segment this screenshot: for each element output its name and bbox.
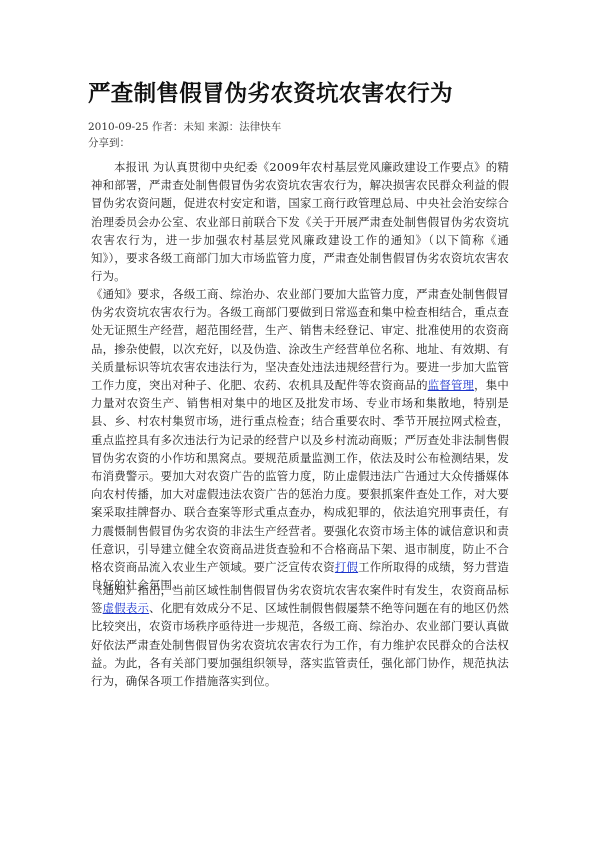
paragraph-2: 《通知》要求，各级工商、综治办、农业部门要加大监管力度，严肃查处制售假冒伪劣农资… xyxy=(91,285,509,594)
share-label[interactable]: 分享到： xyxy=(88,135,281,151)
paragraph-3: 《通知》指出，当前区域性制售假冒伪劣农资坑农害农案件时有发生，农资商品标签虚假表… xyxy=(91,581,509,690)
paragraph-3-text-b: 、化肥有效成分不足、区域性制假售假屡禁不绝等问题在有的地区仍然比较突出，农资市场… xyxy=(91,601,509,688)
paragraph-1: 本报讯 为认真贯彻中央纪委《2009年农村基层党风廉政建设工作要点》的精神和部署… xyxy=(91,158,509,285)
source: 法律快车 xyxy=(239,121,281,133)
paragraph-2-text-b: ，集中力量对农资生产、销售相对集中的地区及批发市场、专业市场和集散地，特别是县、… xyxy=(91,378,509,574)
source-label: 来源： xyxy=(208,121,240,133)
author: 未知 xyxy=(183,121,204,133)
publish-date: 2010-09-25 xyxy=(88,121,149,133)
link-anti-counterfeit[interactable]: 打假 xyxy=(335,560,358,574)
byline: 2010-09-25 作者：未知 来源：法律快车 xyxy=(88,119,281,135)
article-meta: 2010-09-25 作者：未知 来源：法律快车 分享到： xyxy=(88,119,281,151)
paragraph-2-text-a: 《通知》要求，各级工商、综治办、农业部门要加大监管力度，严肃查处制售假冒伪劣农资… xyxy=(91,287,509,392)
author-label: 作者： xyxy=(152,121,184,133)
link-supervision-management[interactable]: 监督管理 xyxy=(428,378,474,392)
article-title: 严查制售假冒伪劣农资坑农害农行为 xyxy=(88,76,453,108)
link-false-labeling[interactable]: 虚假表示 xyxy=(103,601,149,615)
